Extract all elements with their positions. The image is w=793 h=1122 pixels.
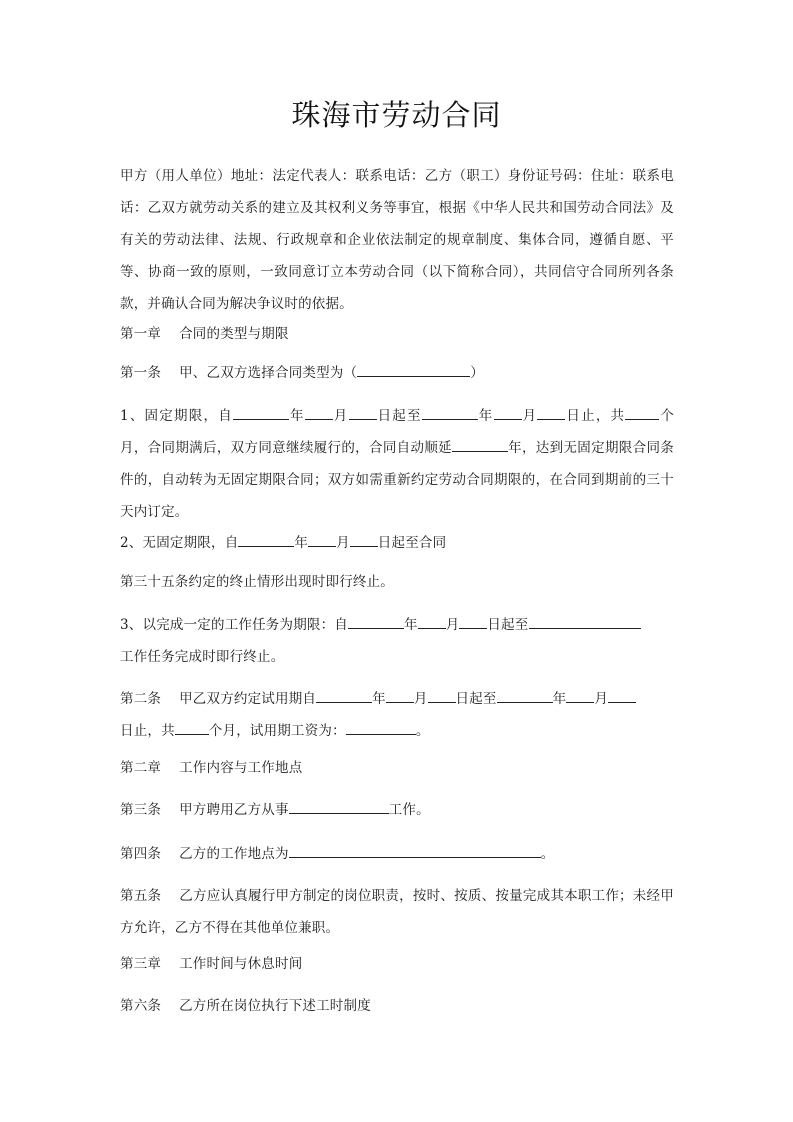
start-year-blank[interactable] — [348, 614, 404, 629]
end-year-blank[interactable] — [422, 405, 478, 420]
item-text: 年 — [289, 408, 305, 424]
intro-paragraph: 甲方（用人单位）地址：法定代表人：联系电话：乙方（职工）身份证号码：住址：联系电… — [120, 160, 674, 320]
item-text: 1、固定期限，自 — [120, 408, 233, 424]
item-text: 日止，共 — [565, 408, 625, 424]
job-title-blank[interactable] — [289, 799, 389, 814]
start-day-blank[interactable] — [349, 405, 377, 420]
article-text: 乙方的工作地点为 — [179, 846, 289, 862]
article-label: 第六条 — [120, 998, 161, 1014]
start-year-blank[interactable] — [238, 532, 294, 547]
chapter-label: 第三章 — [120, 956, 161, 972]
article-label: 第二条 — [120, 691, 161, 707]
item-1-fixed-term: 1、固定期限，自年月日起至年月日止，共个月，合同期满后，双方同意继续履行的，合同… — [120, 400, 674, 528]
work-location-blank[interactable] — [289, 843, 541, 858]
chapter-title: 合同的类型与期限 — [179, 326, 289, 342]
probation-months-blank[interactable] — [175, 720, 209, 735]
item-3-task-term: 3、以完成一定的工作任务为期限：自年月日起至工作任务完成时即行终止。 — [120, 609, 674, 673]
start-day-blank[interactable] — [350, 532, 378, 547]
article-label: 第三条 — [120, 802, 161, 818]
start-day-blank[interactable] — [459, 614, 487, 629]
article-5: 第五条乙方应认真履行甲方制定的岗位职责，按时、按质、按量完成其本职工作；未经甲方… — [120, 880, 674, 944]
item-text: 年 — [294, 535, 308, 551]
item-text: 工作任务完成时即行终止。 — [120, 649, 284, 665]
probation-start-month-blank[interactable] — [386, 688, 414, 703]
article-text: ） — [470, 365, 484, 381]
start-month-blank[interactable] — [308, 532, 336, 547]
item-2-continuation: 第三十五条约定的终止情形出现时即行终止。 — [120, 566, 394, 598]
start-year-blank[interactable] — [233, 405, 289, 420]
article-text: 乙方应认真履行甲方制定的岗位职责，按时、按质、按量完成其本职工作；未经甲方允许，… — [120, 888, 674, 936]
end-day-blank[interactable] — [537, 405, 565, 420]
article-label: 第五条 — [120, 888, 161, 904]
article-text: 乙方所在岗位执行下述工时制度 — [179, 998, 371, 1014]
item-2-open-term: 2、无固定期限，自年月日起至合同 — [120, 527, 446, 559]
article-4: 第四条乙方的工作地点为。 — [120, 838, 554, 870]
article-2-probation: 第二条甲乙双方约定试用期自年月日起至年月日止，共个月，试用期工资为：。 — [120, 683, 680, 747]
chapter-title: 工作内容与工作地点 — [179, 760, 302, 776]
item-text: 年 — [553, 691, 567, 707]
chapter-2-heading: 第二章工作内容与工作地点 — [120, 752, 302, 784]
item-text: 日起至 — [487, 617, 528, 633]
months-count-blank[interactable] — [625, 405, 659, 420]
article-label: 第四条 — [120, 846, 161, 862]
probation-end-day-blank[interactable] — [608, 688, 636, 703]
chapter-1-heading: 第一章合同的类型与期限 — [120, 318, 289, 350]
chapter-3-heading: 第三章工作时间与休息时间 — [120, 948, 302, 980]
article-3: 第三条甲方聘用乙方从事工作。 — [120, 794, 430, 826]
item-text: 月 — [336, 535, 350, 551]
chapter-label: 第二章 — [120, 760, 161, 776]
probation-end-month-blank[interactable] — [566, 688, 594, 703]
article-text: 。 — [541, 846, 555, 862]
article-1: 第一条甲、乙双方选择合同类型为（） — [120, 357, 674, 389]
item-text: 日止，共 — [120, 723, 175, 739]
item-text: 月 — [522, 408, 538, 424]
item-text: 个月，试用期工资为： — [209, 723, 346, 739]
end-month-blank[interactable] — [494, 405, 522, 420]
item-text: 3、以完成一定的工作任务为期限：自 — [120, 617, 348, 633]
item-text: 年 — [404, 617, 418, 633]
article-text: 甲、乙双方选择合同类型为（ — [179, 365, 357, 381]
article-6: 第六条乙方所在岗位执行下述工时制度 — [120, 990, 371, 1022]
item-text: 年 — [478, 408, 494, 424]
item-text: 日起至 — [456, 691, 497, 707]
article-label: 第一条 — [120, 365, 161, 381]
extension-years-blank[interactable] — [452, 437, 508, 452]
start-month-blank[interactable] — [305, 405, 333, 420]
item-text: 月 — [446, 617, 460, 633]
item-text: 甲乙双方约定试用期自 — [179, 691, 316, 707]
item-text: 月 — [414, 691, 428, 707]
chapter-title: 工作时间与休息时间 — [179, 956, 302, 972]
item-text: 2、无固定期限，自 — [120, 535, 238, 551]
item-text: 日起至合同 — [378, 535, 447, 551]
chapter-label: 第一章 — [120, 326, 161, 342]
article-text: 甲方聘用乙方从事 — [179, 802, 289, 818]
contract-type-blank[interactable] — [357, 362, 470, 377]
probation-start-year-blank[interactable] — [316, 688, 372, 703]
article-text: 工作。 — [389, 802, 430, 818]
item-text: 月 — [594, 691, 608, 707]
item-text: 。 — [416, 723, 430, 739]
probation-start-day-blank[interactable] — [428, 688, 456, 703]
task-blank[interactable] — [529, 614, 641, 629]
probation-salary-blank[interactable] — [346, 720, 416, 735]
probation-end-year-blank[interactable] — [497, 688, 553, 703]
start-month-blank[interactable] — [418, 614, 446, 629]
document-title: 珠海市劳动合同 — [0, 95, 793, 135]
item-text: 年 — [372, 691, 386, 707]
item-text: 月 — [333, 408, 349, 424]
item-text: 日起至 — [377, 408, 422, 424]
